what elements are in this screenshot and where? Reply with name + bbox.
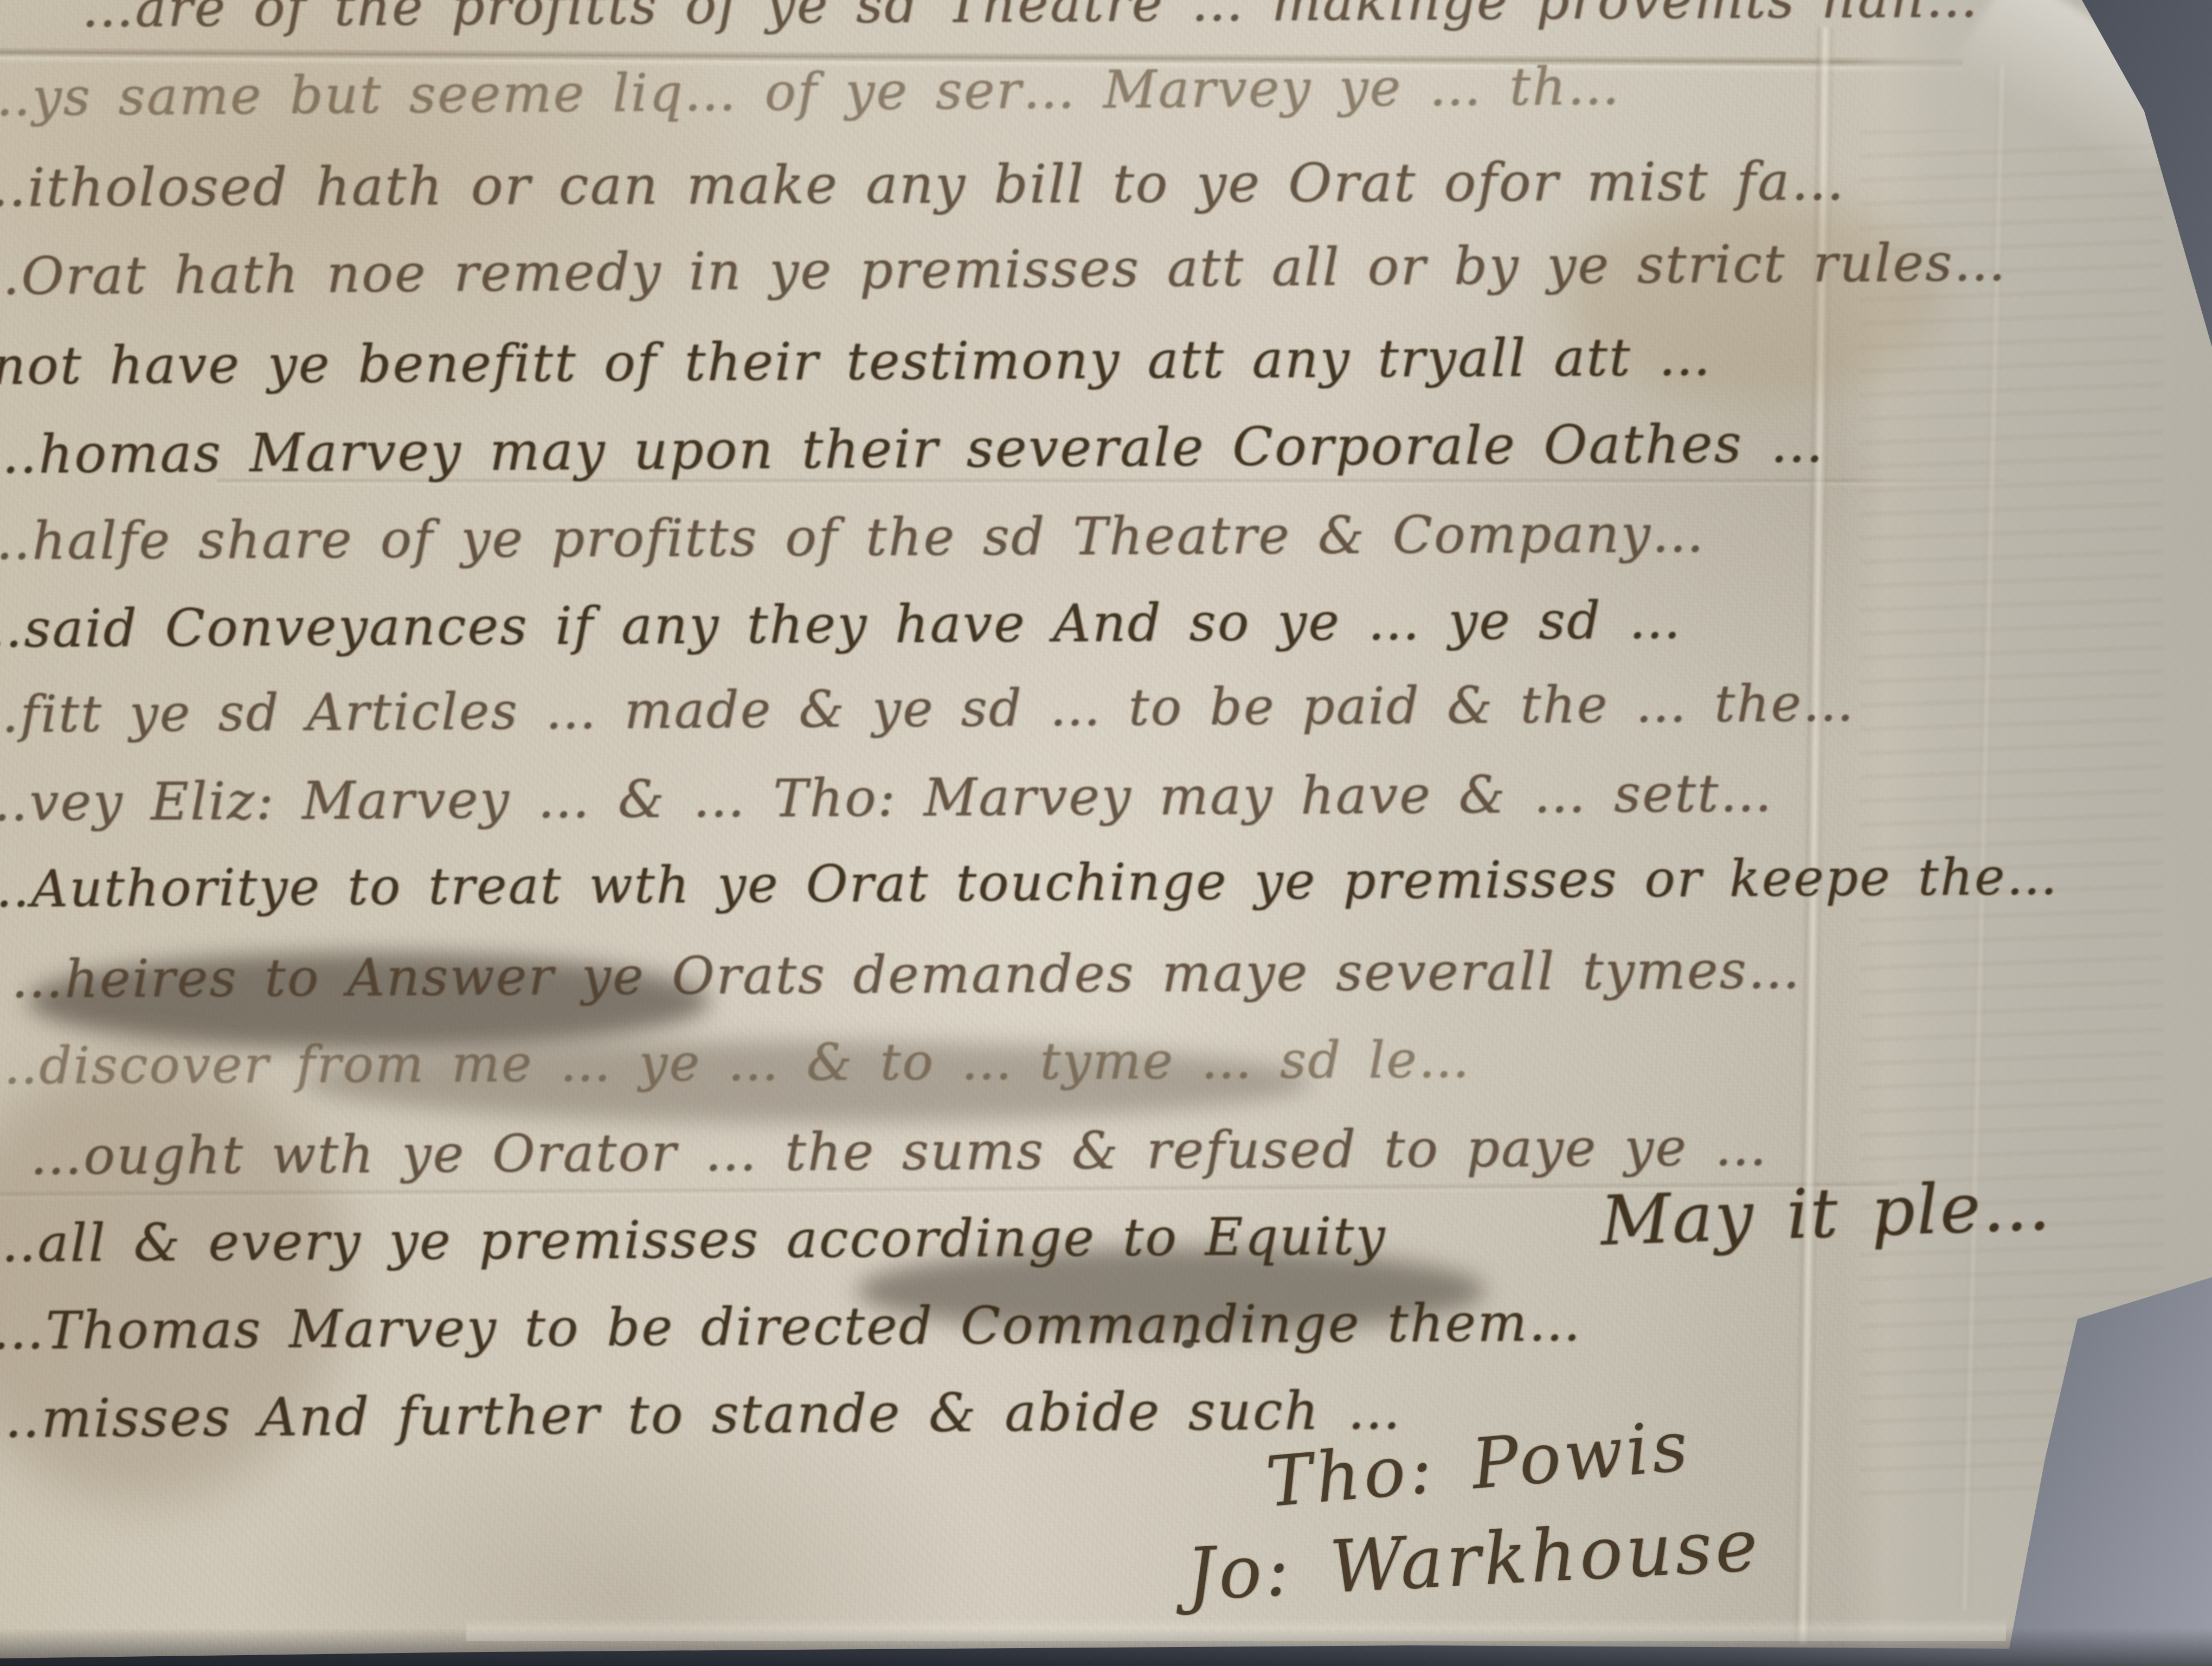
manuscript-photo: …are of the profitts of ye sd Theatre … …	[0, 0, 2212, 1666]
manuscript-line-6: …homas Marvey may upon their severale Co…	[0, 416, 1825, 483]
manuscript-line-10: …vey Eliz: Marvey … & … Tho: Marvey may …	[0, 766, 1774, 830]
manuscript-line-5: not have ye benefitt of their testimony …	[0, 330, 1712, 393]
manuscript-line-9: …fitt ye sd Articles … made & ye sd … to…	[0, 677, 1855, 742]
manuscript-line-3: …itholosed hath or can make any bill to …	[0, 154, 1846, 216]
signature-jo-warkhouse: Jo: Warkhouse	[1185, 1508, 1763, 1613]
manuscript-line-17: …Thomas Marvey to be directed Commanding…	[0, 1296, 1582, 1359]
manuscript-line-13: …discover from me … ye … & to … tyme … s…	[0, 1034, 1471, 1094]
manuscript-line-12: …heires to Answer ye Orats demandes maye…	[11, 943, 1802, 1007]
parchment-sheet: …are of the profitts of ye sd Theatre … …	[0, 0, 2212, 1666]
manuscript-line-16-prayer: May it ple…	[1599, 1170, 2053, 1257]
manuscript-line-4: …Orat hath noe remedy in ye premisses at…	[0, 235, 2008, 304]
cast-shadow-bottom	[0, 1628, 2212, 1666]
manuscript-line-8: …said Conveyances if any they have And s…	[0, 593, 1682, 656]
manuscript-line-1: …are of the profitts of ye sd Theatre … …	[81, 0, 1979, 36]
manuscript-line-18: …misses And further to stande & abide su…	[0, 1383, 1402, 1447]
manuscript-line-2: …ys same but seeme liq… of ye ser… Marve…	[0, 59, 1621, 125]
manuscript-line-11: …Authoritye to treat wth ye Orat touchin…	[0, 851, 2059, 917]
manuscript-line-14: …ought wth ye Orator … the sums & refuse…	[30, 1120, 1769, 1184]
manuscript-line-15: …all & every ye premisses accordinge to …	[0, 1209, 1387, 1271]
manuscript-line-7: …halfe share of ye profitts of the sd Th…	[0, 507, 1706, 569]
